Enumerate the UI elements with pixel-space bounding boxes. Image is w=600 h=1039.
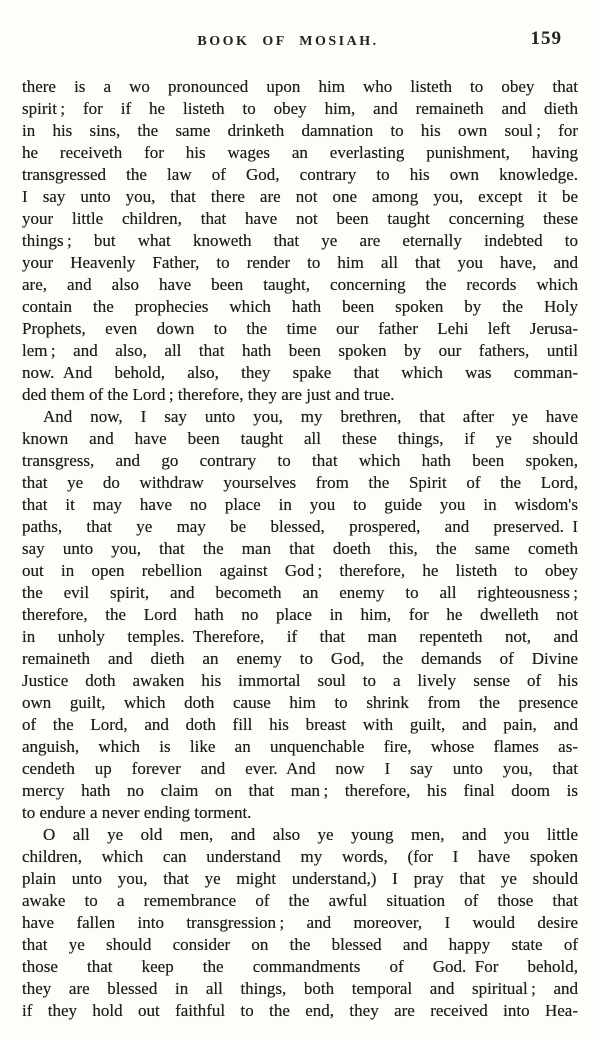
text-line: therefore, the Lord hath no place in him… — [22, 604, 578, 626]
text-line: out in open rebellion against God ; ther… — [22, 560, 578, 582]
text-line: of the Lord, and doth fill his breast wi… — [22, 714, 578, 736]
text-line: in his sins, the same drinketh damnation… — [22, 120, 578, 142]
text-line: lem ; and also, all that hath been spoke… — [22, 340, 578, 362]
text-line: own guilt, which doth cause him to shrin… — [22, 692, 578, 714]
text-line: I say unto you, that there are not one a… — [22, 186, 578, 208]
text-line: remaineth and dieth an enemy to God, the… — [22, 648, 578, 670]
page-body: there is a wo pronounced upon him who li… — [22, 76, 578, 1022]
text-line: say unto you, that the man that doeth th… — [22, 538, 578, 560]
text-line: have fallen into transgression ; and mor… — [22, 912, 578, 934]
text-line: anguish, which is like an unquenchable f… — [22, 736, 578, 758]
text-line: if they hold out faithful to the end, th… — [22, 1000, 578, 1022]
text-line: in unholy temples. Therefore, if that ma… — [22, 626, 578, 648]
text-line: children, which can understand my words,… — [22, 846, 578, 868]
text-line: known and have been taught all these thi… — [22, 428, 578, 450]
text-line: now. And behold, also, they spake that w… — [22, 362, 578, 384]
text-line: mercy hath no claim on that man ; theref… — [22, 780, 578, 802]
text-line: Prophets, even down to the time our fath… — [22, 318, 578, 340]
text-line: there is a wo pronounced upon him who li… — [22, 76, 578, 98]
text-line: he receiveth for his wages an everlastin… — [22, 142, 578, 164]
text-line: cendeth up forever and ever. And now I s… — [22, 758, 578, 780]
text-line: And now, I say unto you, my brethren, th… — [22, 406, 578, 428]
book-page-scan: BOOK OF MOSIAH. 159 there is a wo pronou… — [0, 0, 600, 1039]
text-line: things ; but what knoweth that ye are et… — [22, 230, 578, 252]
text-line: are, and also have been taught, concerni… — [22, 274, 578, 296]
text-line: that ye do withdraw yourselves from the … — [22, 472, 578, 494]
text-line: transgress, and go contrary to that whic… — [22, 450, 578, 472]
text-line: those that keep the commandments of God.… — [22, 956, 578, 978]
text-line: ded them of the Lord ; therefore, they a… — [22, 384, 578, 406]
text-line: O all ye old men, and also ye young men,… — [22, 824, 578, 846]
text-line: your little children, that have not been… — [22, 208, 578, 230]
text-line: transgressed the law of God, contrary to… — [22, 164, 578, 186]
running-header: BOOK OF MOSIAH. 159 — [0, 31, 600, 53]
text-line: to endure a never ending torment. — [22, 802, 578, 824]
text-line: Justice doth awaken his immortal soul to… — [22, 670, 578, 692]
text-line: your Heavenly Father, to render to him a… — [22, 252, 578, 274]
text-line: spirit ; for if he listeth to obey him, … — [22, 98, 578, 120]
text-line: the evil spirit, and becometh an enemy t… — [22, 582, 578, 604]
page-number: 159 — [531, 28, 563, 50]
text-line: that it may have no place in you to guid… — [22, 494, 578, 516]
text-line: paths, that ye may be blessed, prospered… — [22, 516, 578, 538]
text-line: contain the prophecies which hath been s… — [22, 296, 578, 318]
text-line: that ye should consider on the blessed a… — [22, 934, 578, 956]
text-line: awake to a remembrance of the awful situ… — [22, 890, 578, 912]
text-line: they are blessed in all things, both tem… — [22, 978, 578, 1000]
text-line: plain unto you, that ye might understand… — [22, 868, 578, 890]
header-title: BOOK OF MOSIAH. — [0, 31, 588, 53]
